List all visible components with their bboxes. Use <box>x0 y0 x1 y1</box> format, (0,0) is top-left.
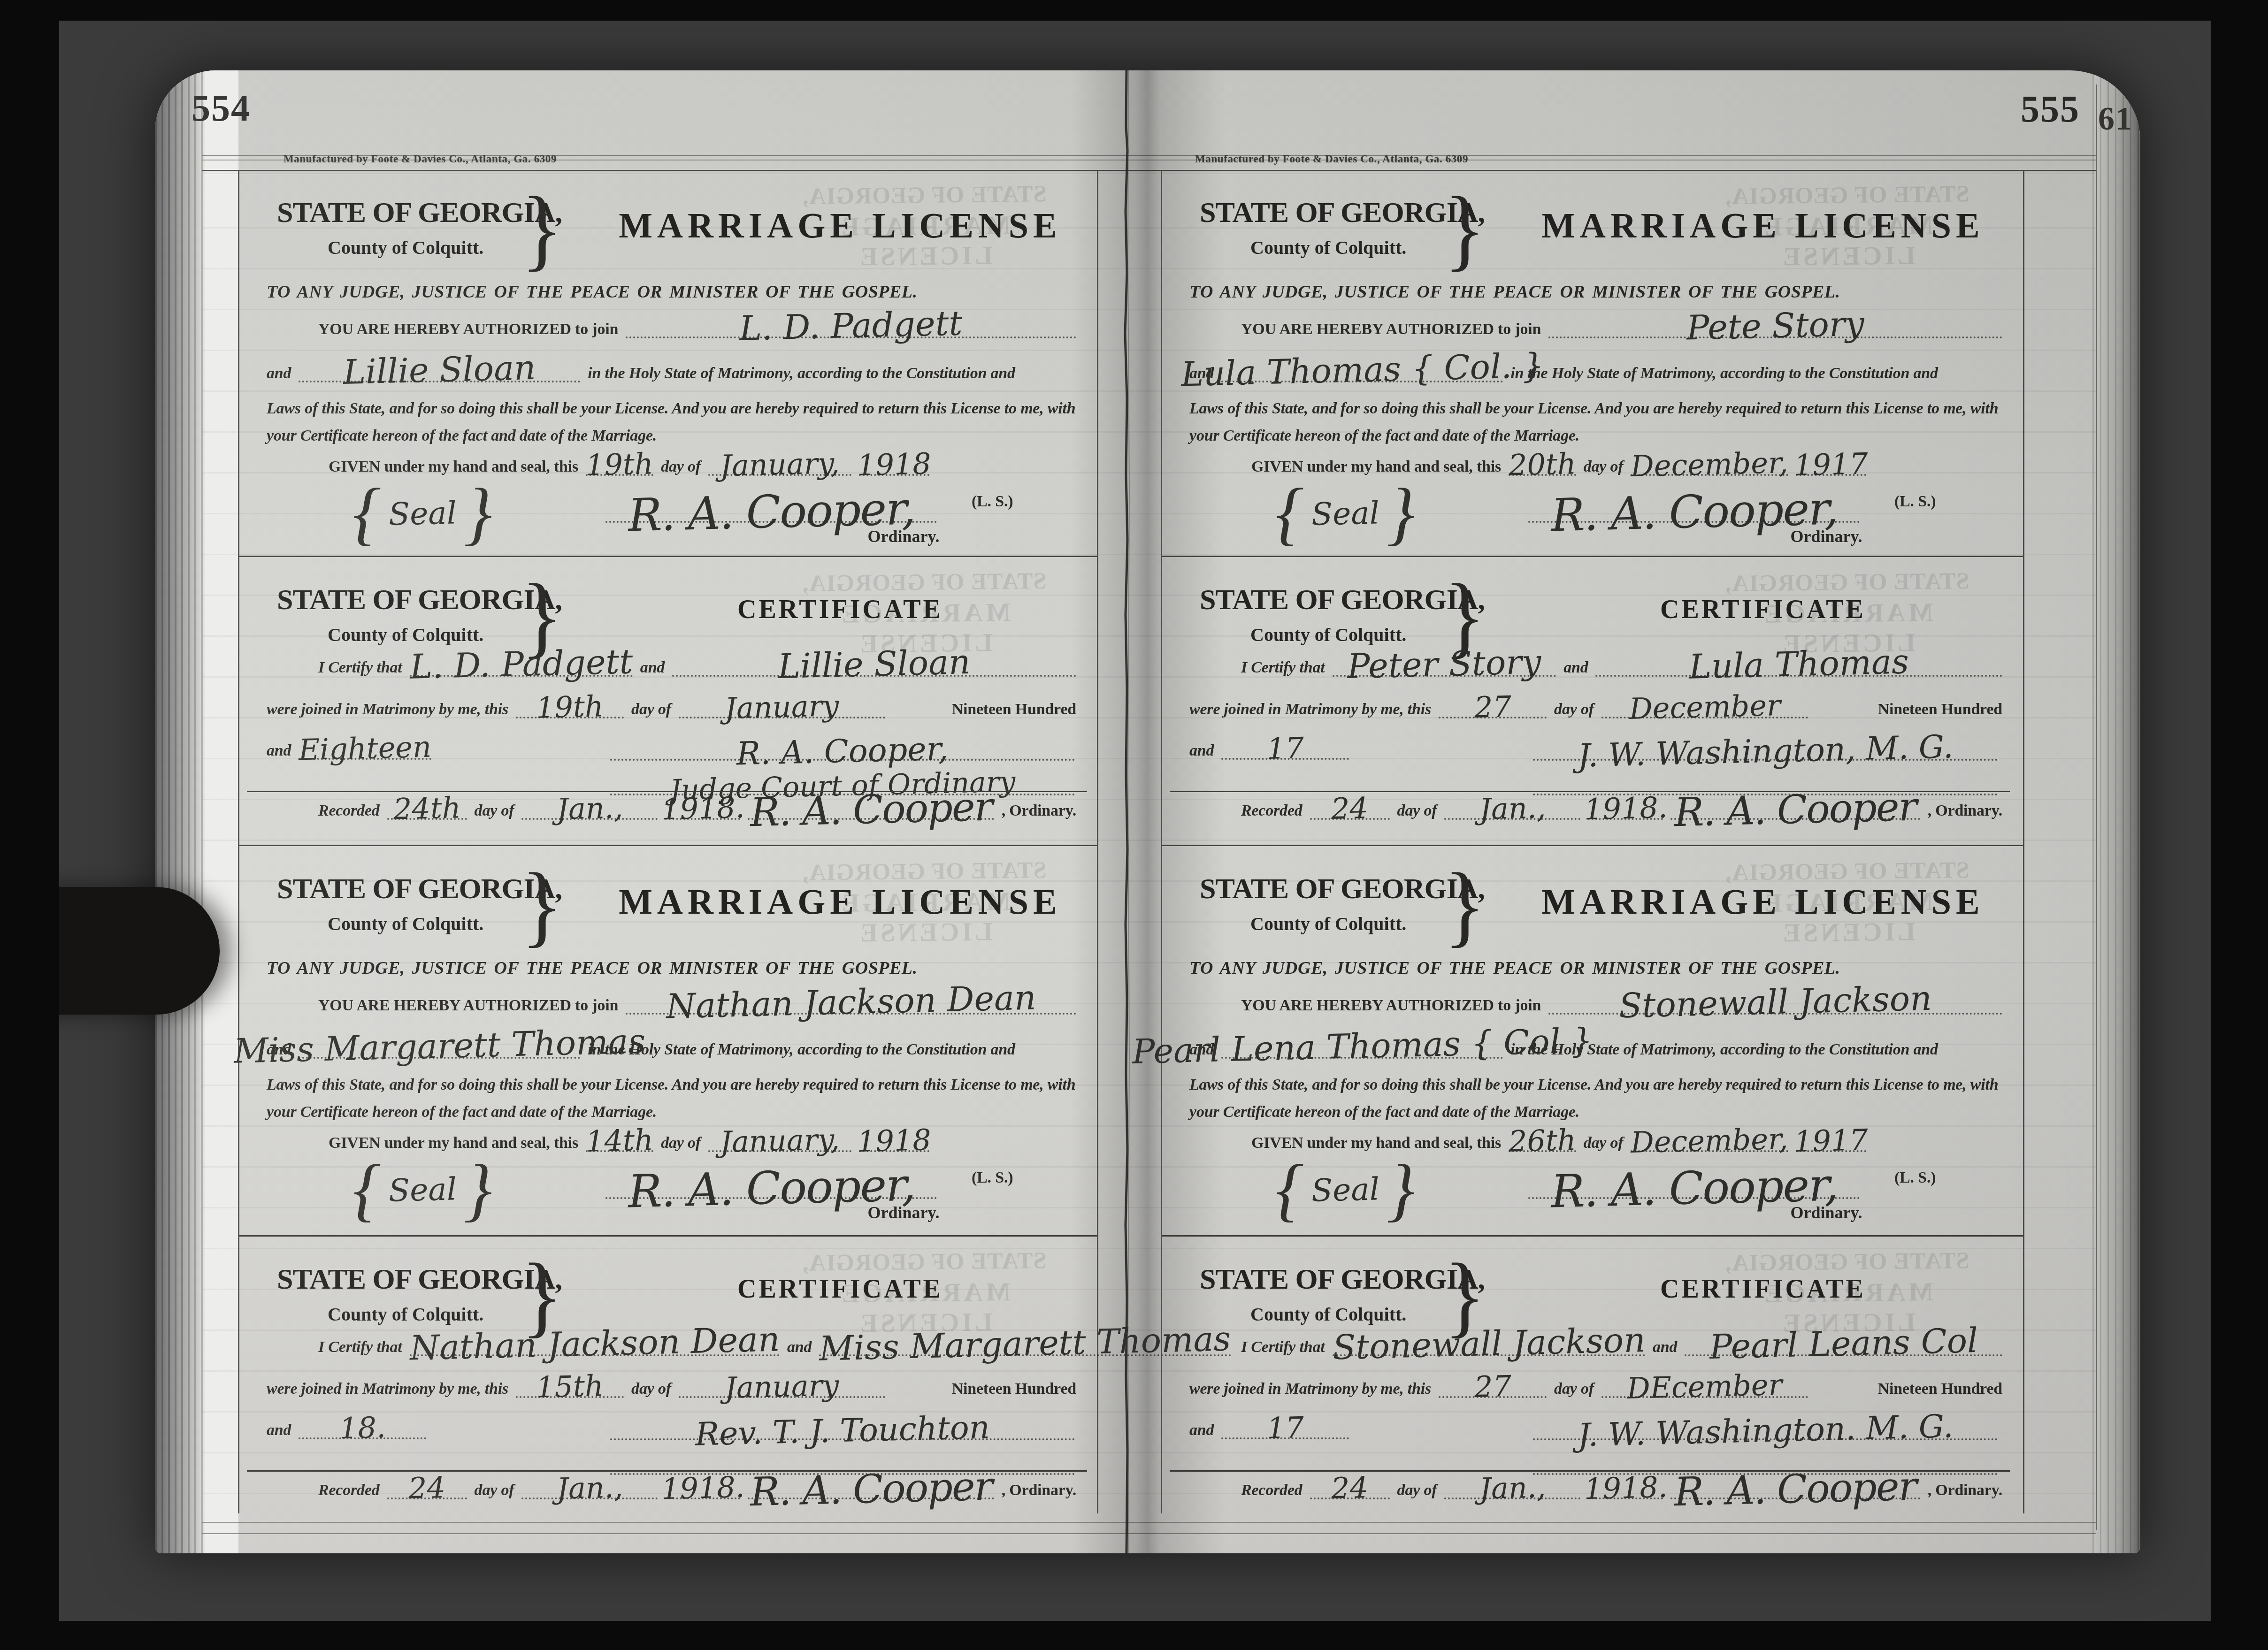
marriage-license-padgett-sloan: STATE OF GEORGIA,MARRIAGE LICENSE STATE … <box>239 170 1097 557</box>
addressee-line: TO ANY JUDGE, JUSTICE OF THE PEACE OR MI… <box>267 282 918 302</box>
matrimony-label: in the Holy State of Matrimony, accordin… <box>588 365 1015 382</box>
given-month: January, <box>720 1126 840 1155</box>
locus-sigilli: (L. S.) <box>1894 493 1936 511</box>
black-border-top <box>0 0 2268 21</box>
scanned-marriage-record-book: 554 555 61 Manufactured by Foote & Davie… <box>0 0 2268 1650</box>
groom-blank: Pete Story <box>1548 311 2002 338</box>
county-heading: County of Colquitt. <box>328 237 483 259</box>
seal-brace: } <box>464 1161 492 1218</box>
certificate-title: CERTIFICATE <box>1505 1274 2021 1304</box>
groom-name: Pete Story <box>1686 308 1864 343</box>
year-blank: 1917 <box>1796 1128 1866 1152</box>
ordinary-signature: R. A. Cooper, <box>1528 1152 1860 1199</box>
laws-line: Laws of this State, and for so doing thi… <box>267 1076 1076 1094</box>
month-blank: December, <box>1631 1128 1788 1152</box>
and-label: and <box>1653 1338 1677 1356</box>
black-border-left <box>0 0 59 1650</box>
ordinary-label: Ordinary. <box>803 527 1004 546</box>
ordinary-label: Ordinary. <box>1725 1203 1927 1222</box>
seal-word: Seal <box>1311 1171 1380 1209</box>
and-label: and <box>640 659 665 677</box>
certify-row: I Certify that Stonewall Jackson and Pea… <box>1241 1329 2002 1356</box>
given-row: GIVEN under my hand and seal, this 26th … <box>1251 1128 1852 1152</box>
seal-script: { Seal } <box>1242 485 1448 542</box>
day-of-label: day of <box>661 1134 701 1152</box>
recorded-day-blank: 24 <box>1310 1475 1390 1499</box>
officiant-signature: J. W. Washington, M. G. <box>1533 708 1998 761</box>
bride-row: and Lula Thomas { Col. } in the Holy Sta… <box>1189 355 2002 382</box>
certificate-story-thomas: STATE OF GEORGIA,MARRIAGE LICENSE STATE … <box>1162 557 2023 846</box>
and-label: and <box>267 742 291 760</box>
brace-glyph: } <box>521 860 563 951</box>
recorded-year: 1918. <box>661 1474 745 1502</box>
and-label: and <box>267 365 291 382</box>
groom-blank: Nathan Jackson Dean <box>410 1329 780 1356</box>
bride-name: Lula Thomas <box>1689 646 1909 682</box>
i-certify-label: I Certify that <box>1241 1338 1325 1356</box>
given-row: GIVEN under my hand and seal, this 20th … <box>1251 451 1852 476</box>
bride-name: Lillie Sloan <box>343 352 536 388</box>
certificate-hereon-line: your Certificate hereon of the fact and … <box>1189 427 1579 445</box>
recorded-row: Recorded 24 day of Jan., 1918. R. A. Coo… <box>318 1474 1076 1499</box>
recorder-blank: R. A. Cooper <box>748 794 994 820</box>
county-heading: County of Colquitt. <box>328 913 483 935</box>
seal-brace: { <box>353 1161 381 1218</box>
state-heading: STATE OF GEORGIA, <box>277 1263 562 1296</box>
seal-word: Seal <box>388 1171 457 1209</box>
officiant-name: Rev. T. J. Touchton <box>695 1414 990 1449</box>
county-heading: County of Colquitt. <box>1250 624 1406 646</box>
year-row: and 17 <box>1189 1415 1349 1439</box>
ordinary-suffix: , Ordinary. <box>1928 1482 2002 1499</box>
locus-sigilli: (L. S.) <box>1894 1169 1936 1187</box>
given-year: 1917 <box>1793 1127 1868 1155</box>
recorded-month-blank: Jan., <box>521 795 658 820</box>
recorded-month: Jan., <box>1479 795 1546 823</box>
groom-blank: L. D. Padgett <box>626 311 1076 338</box>
ordinary-signature: R. A. Cooper, <box>1528 476 1860 523</box>
recorded-day-blank: 24 <box>387 1475 467 1499</box>
given-day: 20th <box>1508 451 1576 478</box>
groom-name: L. D. Padgett <box>409 646 633 682</box>
i-certify-label: I Certify that <box>1241 659 1325 677</box>
recorded-day: 24 <box>1331 795 1368 822</box>
groom-name: Nathan Jackson Dean <box>666 982 1036 1022</box>
matrimony-label: in the Holy State of Matrimony, accordin… <box>588 1041 1015 1059</box>
state-heading: STATE OF GEORGIA, <box>1200 1263 1485 1296</box>
certificate-title: CERTIFICATE <box>582 1274 1098 1304</box>
county-heading: County of Colquitt. <box>1250 237 1406 259</box>
state-heading: STATE OF GEORGIA, <box>277 583 562 617</box>
given-year: 1917 <box>1793 451 1868 479</box>
officiant-signature: J. W. Washington. M. G. <box>1533 1388 1998 1440</box>
year-row: and 18. <box>267 1415 426 1439</box>
recorded-row: Recorded 24 day of Jan., 1918. R. A. Coo… <box>1241 1474 2002 1499</box>
recorded-day: 24 <box>1331 1474 1368 1502</box>
day-of-label: day of <box>1397 1482 1437 1499</box>
manufacturer-imprint-right: Manufactured by Foote & Davies Co., Atla… <box>1195 153 1468 165</box>
groom-name: Stonewall Jackson <box>1619 983 1932 1021</box>
recorded-day-blank: 24th <box>387 795 467 820</box>
given-day: 14th <box>586 1127 654 1154</box>
black-border-bottom <box>0 1621 2268 1650</box>
state-heading: STATE OF GEORGIA, <box>277 196 562 229</box>
bride-blank: Lula Thomas <box>1595 649 2002 677</box>
joined-label: were joined in Matrimony by me, this <box>1189 1380 1431 1398</box>
license-title: MARRIAGE LICENSE <box>582 206 1098 246</box>
day-blank: 15th <box>516 1374 624 1398</box>
recorder-signature: R. A. Cooper <box>750 791 992 829</box>
certificate-hereon-line: your Certificate hereon of the fact and … <box>267 427 657 445</box>
recorded-year-blank: 1918. <box>665 795 740 820</box>
certificate-title: CERTIFICATE <box>1505 595 2021 625</box>
license-title: MARRIAGE LICENSE <box>1505 882 2021 923</box>
seal-word: Seal <box>1311 495 1380 533</box>
certificate-padgett-sloan: STATE OF GEORGIA,MARRIAGE LICENSE STATE … <box>239 557 1097 846</box>
groom-name: Stonewall Jackson <box>1332 1325 1646 1363</box>
certificate-hereon-line: your Certificate hereon of the fact and … <box>1189 1103 1579 1121</box>
day-blank: 14th <box>586 1128 653 1152</box>
seal-brace: { <box>353 485 381 542</box>
seal-brace: { <box>1276 485 1304 542</box>
certificate-dean-thomas: STATE OF GEORGIA,MARRIAGE LICENSE STATE … <box>239 1237 1097 1513</box>
seal-brace: } <box>464 485 492 542</box>
bride-row: and Lillie Sloan in the Holy State of Ma… <box>267 355 1076 382</box>
recorded-label: Recorded <box>318 802 380 820</box>
bride-name: Pearl Lena Thomas { Col } <box>1132 1025 1593 1067</box>
ordinary-signature: R. A. Cooper, <box>605 1152 937 1199</box>
year-blank: 18. <box>299 1415 426 1439</box>
right-page-stack-edges <box>2092 70 2140 1553</box>
bride-name: Lillie Sloan <box>778 647 971 682</box>
officiant-signature: Rev. T. J. Touchton <box>610 1388 1075 1440</box>
ordinary-suffix: , Ordinary. <box>1928 802 2002 820</box>
bride-blank: Miss Margarett Thomas <box>299 1031 580 1059</box>
seal-brace: } <box>1387 485 1415 542</box>
bride-name: Pearl Leans Col <box>1709 1325 1978 1362</box>
certificate-hereon-line: your Certificate hereon of the fact and … <box>267 1103 657 1121</box>
recorder-signature: R. A. Cooper <box>750 1471 992 1508</box>
locus-sigilli: (L. S.) <box>972 1169 1013 1187</box>
laws-line: Laws of this State, and for so doing thi… <box>267 400 1076 418</box>
given-month: December, <box>1631 1126 1789 1156</box>
authorized-row: YOU ARE HEREBY AUTHORIZED to join Stonew… <box>1241 987 2002 1015</box>
month-blank: January, <box>708 1128 851 1152</box>
given-label: GIVEN under my hand and seal, this <box>1251 458 1501 476</box>
bride-blank: Lillie Sloan <box>672 649 1076 677</box>
page-554: STATE OF GEORGIA,MARRIAGE LICENSE STATE … <box>238 170 1098 1513</box>
matrimony-label: in the Holy State of Matrimony, accordin… <box>1510 365 1938 382</box>
seal-script: { Seal } <box>1242 1161 1448 1218</box>
given-year: 1918 <box>857 451 931 479</box>
day-blank: 19th <box>516 694 624 718</box>
recorded-day: 24 <box>408 1474 445 1502</box>
seal-script: { Seal } <box>319 1161 526 1218</box>
authorized-row: YOU ARE HEREBY AUTHORIZED to join Pete S… <box>1241 311 2002 338</box>
day-of-label: day of <box>475 802 514 820</box>
recorded-row: Recorded 24 day of Jan., 1918. R. A. Coo… <box>1241 794 2002 820</box>
brace-glyph: } <box>521 183 563 275</box>
and-label: and <box>267 1421 291 1439</box>
joined-label: were joined in Matrimony by me, this <box>1189 701 1431 718</box>
county-heading: County of Colquitt. <box>328 1303 483 1325</box>
state-heading: STATE OF GEORGIA, <box>277 872 562 906</box>
manufacturer-imprint-left: Manufactured by Foote & Davies Co., Atla… <box>283 153 557 165</box>
month-blank: December, <box>1631 451 1788 476</box>
county-heading: County of Colquitt. <box>1250 913 1406 935</box>
day-of-label: day of <box>1584 458 1624 476</box>
laws-line: Laws of this State, and for so doing thi… <box>1189 400 1999 418</box>
groom-blank: Stonewall Jackson <box>1333 1329 1646 1356</box>
married-day: 19th <box>536 693 604 721</box>
ordinary-label: Ordinary. <box>803 1203 1004 1222</box>
addressee-line: TO ANY JUDGE, JUSTICE OF THE PEACE OR MI… <box>267 958 918 978</box>
groom-blank: Stonewall Jackson <box>1548 987 2002 1015</box>
seal-brace: } <box>1387 1161 1415 1218</box>
day-of-label: day of <box>1397 802 1437 820</box>
right-page-edge <box>2096 84 2097 1530</box>
left-page-stack-edges <box>155 70 205 1553</box>
bottom-rule <box>202 1533 2096 1534</box>
married-year: 17 <box>1266 735 1304 762</box>
book-spread: 554 555 61 Manufactured by Foote & Davie… <box>155 70 2140 1553</box>
black-border-right <box>2211 0 2268 1650</box>
addressee-line: TO ANY JUDGE, JUSTICE OF THE PEACE OR MI… <box>1189 282 1840 302</box>
seal-word: Seal <box>388 495 457 533</box>
ordinary-suffix: , Ordinary. <box>1002 802 1076 820</box>
given-row: GIVEN under my hand and seal, this 19th … <box>329 451 929 476</box>
authorized-label: YOU ARE HEREBY AUTHORIZED to join <box>1241 321 1541 338</box>
recorded-year: 1918. <box>1584 794 1668 823</box>
year-blank: 17 <box>1221 735 1349 760</box>
married-day: 27 <box>1474 694 1511 721</box>
recorded-month: Jan., <box>556 1474 623 1502</box>
ordinary-signature: R. A. Cooper, <box>605 476 937 523</box>
state-heading: STATE OF GEORGIA, <box>1200 583 1485 617</box>
seal-brace: { <box>1276 1161 1304 1218</box>
authorized-label: YOU ARE HEREBY AUTHORIZED to join <box>318 321 618 338</box>
recorded-month-blank: Jan., <box>1444 1475 1580 1499</box>
i-certify-label: I Certify that <box>318 1338 402 1356</box>
i-certify-label: I Certify that <box>318 659 402 677</box>
day-blank: 27 <box>1439 694 1547 718</box>
given-label: GIVEN under my hand and seal, this <box>329 458 578 476</box>
day-blank: 27 <box>1439 1374 1547 1398</box>
recorded-label: Recorded <box>1241 802 1303 820</box>
bride-blank: Pearl Lena Thomas { Col } <box>1221 1031 1503 1059</box>
seal-script: { Seal } <box>319 485 526 542</box>
marriage-license-jackson-thomas: STATE OF GEORGIA,MARRIAGE LICENSE STATE … <box>1162 846 2023 1237</box>
recorder-signature: R. A. Cooper <box>1674 1471 1916 1508</box>
recorded-year-blank: 1918. <box>665 1475 740 1499</box>
county-heading: County of Colquitt. <box>328 624 483 646</box>
left-page-number: 554 <box>192 87 251 130</box>
officiant-signature: R. A. Cooper, <box>610 708 1075 761</box>
groom-blank: Peter Story <box>1333 649 1556 677</box>
recorded-month: Jan., <box>556 795 623 823</box>
county-heading: County of Colquitt. <box>1250 1303 1406 1325</box>
given-day: 19th <box>586 451 654 478</box>
groom-blank: Nathan Jackson Dean <box>626 987 1076 1015</box>
bottom-rule <box>202 1522 2096 1523</box>
year-blank: 1918 <box>859 451 929 476</box>
and-label: and <box>787 1338 812 1356</box>
year-blank: 1918 <box>859 1128 929 1152</box>
recorded-month-blank: Jan., <box>521 1475 658 1499</box>
married-day: 27 <box>1474 1373 1511 1400</box>
right-page-number: 555 <box>2021 88 2080 131</box>
laws-line: Laws of this State, and for so doing thi… <box>1189 1076 1999 1094</box>
day-of-label: day of <box>1584 1134 1624 1152</box>
recorded-month-blank: Jan., <box>1444 795 1580 820</box>
joined-label: were joined in Matrimony by me, this <box>267 701 508 718</box>
left-page-margin <box>205 70 238 1553</box>
recorder-blank: R. A. Cooper <box>1670 794 1920 820</box>
month-blank: January, <box>708 451 851 476</box>
recorded-year-blank: 1918. <box>1588 1475 1663 1499</box>
certify-row: I Certify that L. D. Padgett and Lillie … <box>318 649 1076 677</box>
officiant-name: J. W. Washington, M. G. <box>1577 733 1954 770</box>
given-year: 1918 <box>857 1127 931 1155</box>
locus-sigilli: (L. S.) <box>972 493 1013 511</box>
marriage-license-story-thomas: STATE OF GEORGIA,MARRIAGE LICENSE STATE … <box>1162 170 2023 557</box>
and-label: and <box>1563 659 1588 677</box>
given-day: 26th <box>1508 1127 1576 1154</box>
recorded-year: 1918. <box>1584 1474 1668 1502</box>
authorized-label: YOU ARE HEREBY AUTHORIZED to join <box>318 997 618 1015</box>
certificate-title: CERTIFICATE <box>582 595 1098 625</box>
bride-blank: Lillie Sloan <box>299 355 580 382</box>
groom-name: Peter Story <box>1347 647 1541 682</box>
brace-glyph: } <box>1444 183 1486 275</box>
and-label: and <box>1189 742 1214 760</box>
married-year: 18. <box>339 1414 386 1442</box>
ordinary-suffix: , Ordinary. <box>1002 1482 1076 1499</box>
officiant-name: R. A. Cooper, <box>736 736 949 768</box>
year-blank: Eighteen <box>299 735 431 760</box>
given-month: December, <box>1631 450 1789 480</box>
groom-blank: L. D. Padgett <box>410 649 633 677</box>
bride-name: Miss Margarett Thomas <box>233 1026 646 1066</box>
day-blank: 19th <box>586 451 653 476</box>
day-blank: 26th <box>1509 1128 1576 1152</box>
authorized-row: YOU ARE HEREBY AUTHORIZED to join Nathan… <box>318 987 1076 1015</box>
year-blank: 17 <box>1221 1415 1349 1439</box>
authorized-row: YOU ARE HEREBY AUTHORIZED to join L. D. … <box>318 311 1076 338</box>
addressee-line: TO ANY JUDGE, JUSTICE OF THE PEACE OR MI… <box>1189 958 1840 978</box>
recorder-blank: R. A. Cooper <box>1670 1474 1920 1499</box>
license-title: MARRIAGE LICENSE <box>582 882 1098 923</box>
recorded-day-blank: 24 <box>1310 795 1390 820</box>
day-of-label: day of <box>661 458 701 476</box>
day-blank: 20th <box>1509 451 1576 476</box>
given-month: January, <box>720 450 840 479</box>
bride-row: and Pearl Lena Thomas { Col } in the Hol… <box>1189 1031 2002 1059</box>
recorder-blank: R. A. Cooper <box>748 1474 994 1499</box>
day-of-label: day of <box>475 1482 514 1499</box>
state-heading: STATE OF GEORGIA, <box>1200 196 1485 229</box>
joined-label: were joined in Matrimony by me, this <box>267 1380 508 1398</box>
recorded-month: Jan., <box>1479 1474 1546 1502</box>
marriage-license-dean-thomas: STATE OF GEORGIA,MARRIAGE LICENSE STATE … <box>239 846 1097 1237</box>
married-year: Eighteen <box>299 734 432 764</box>
given-row: GIVEN under my hand and seal, this 14th … <box>329 1128 929 1152</box>
certify-row: I Certify that Peter Story and Lula Thom… <box>1241 649 2002 677</box>
page-555: STATE OF GEORGIA,MARRIAGE LICENSE STATE … <box>1161 170 2024 1513</box>
married-year: 17 <box>1266 1414 1304 1442</box>
officiant-name: J. W. Washington. M. G. <box>1577 1413 1954 1449</box>
state-heading: STATE OF GEORGIA, <box>1200 872 1485 906</box>
license-title: MARRIAGE LICENSE <box>1505 206 2021 246</box>
married-day: 15th <box>536 1373 604 1400</box>
authorized-label: YOU ARE HEREBY AUTHORIZED to join <box>1241 997 1541 1015</box>
recorded-year-blank: 1918. <box>1588 795 1663 820</box>
ordinary-label: Ordinary. <box>1725 527 1927 546</box>
bride-blank: Lula Thomas { Col. } <box>1221 355 1503 382</box>
year-blank: 1917 <box>1796 451 1866 476</box>
bride-name: Lula Thomas { Col. } <box>1180 351 1544 390</box>
underlying-page-number: 61 <box>2098 100 2133 138</box>
recorded-row: Recorded 24th day of Jan., 1918. R. A. C… <box>318 794 1076 820</box>
recorded-year: 1918. <box>661 794 745 823</box>
brace-glyph: } <box>1444 860 1486 951</box>
bride-blank: Pearl Leans Col <box>1685 1329 2002 1356</box>
given-label: GIVEN under my hand and seal, this <box>1251 1134 1501 1152</box>
groom-name: L. D. Padgett <box>739 308 963 344</box>
year-row: and Eighteen <box>267 735 426 760</box>
recorded-day: 24th <box>393 795 461 823</box>
and-label: and <box>1189 1421 1214 1439</box>
recorded-label: Recorded <box>1241 1482 1303 1499</box>
given-label: GIVEN under my hand and seal, this <box>329 1134 578 1152</box>
recorded-label: Recorded <box>318 1482 380 1499</box>
groom-name: Nathan Jackson Dean <box>409 1324 780 1363</box>
year-row: and 17 <box>1189 735 1349 760</box>
certify-row: I Certify that Nathan Jackson Dean and M… <box>318 1329 1076 1356</box>
recorder-signature: R. A. Cooper <box>1674 791 1916 829</box>
certificate-jackson-thomas: STATE OF GEORGIA,MARRIAGE LICENSE STATE … <box>1162 1237 2023 1513</box>
bride-row: and Miss Margarett Thomas in the Holy St… <box>267 1031 1076 1059</box>
